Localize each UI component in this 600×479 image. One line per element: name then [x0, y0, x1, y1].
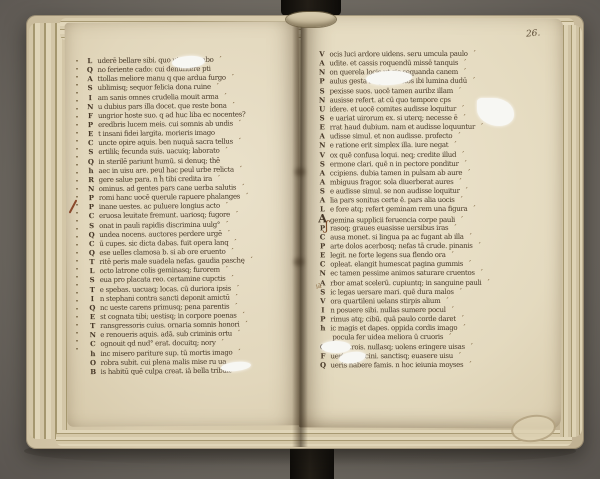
book-strap-bottom	[290, 446, 334, 479]
left-page-text: Luderē bellare sibi. quo ui re negaboˊQn…	[85, 54, 303, 376]
headband	[286, 12, 336, 27]
margin-note: iā	[315, 283, 322, 291]
pricking-holes	[76, 60, 78, 352]
page-edges-right	[560, 25, 582, 437]
damage-spot	[321, 341, 351, 353]
right-page-text: Vocis luci ardore uidens. seru umcula pa…	[317, 49, 550, 370]
page-edges-left	[29, 23, 67, 439]
folio-number: 26.	[526, 28, 541, 39]
page-edges-bottom	[56, 430, 572, 446]
manuscript-photo: 26. Luderē bellare sibi. quo ui re negab…	[0, 0, 600, 479]
